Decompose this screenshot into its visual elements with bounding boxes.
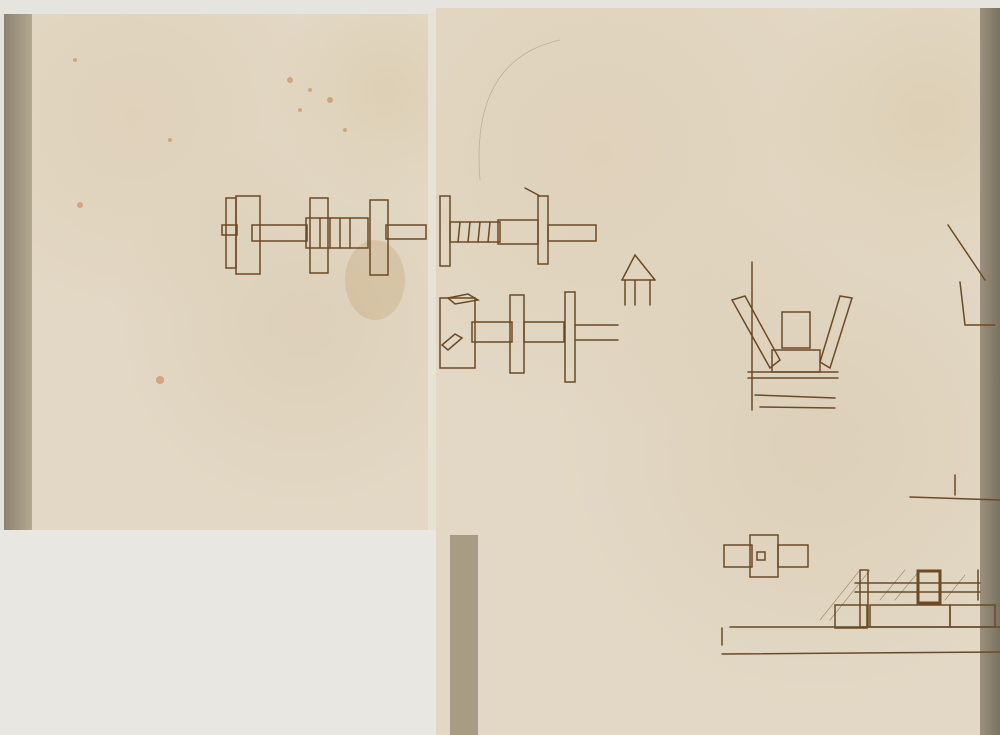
screw-shaft-right — [440, 188, 596, 266]
edge-fragment — [910, 225, 1000, 500]
screw-with-block — [440, 292, 618, 382]
roof-shape — [622, 255, 655, 305]
press-mechanism — [732, 262, 852, 410]
ink-sketches — [0, 0, 1000, 735]
small-block-assembly — [724, 535, 808, 577]
rail-mechanism — [722, 570, 1000, 654]
